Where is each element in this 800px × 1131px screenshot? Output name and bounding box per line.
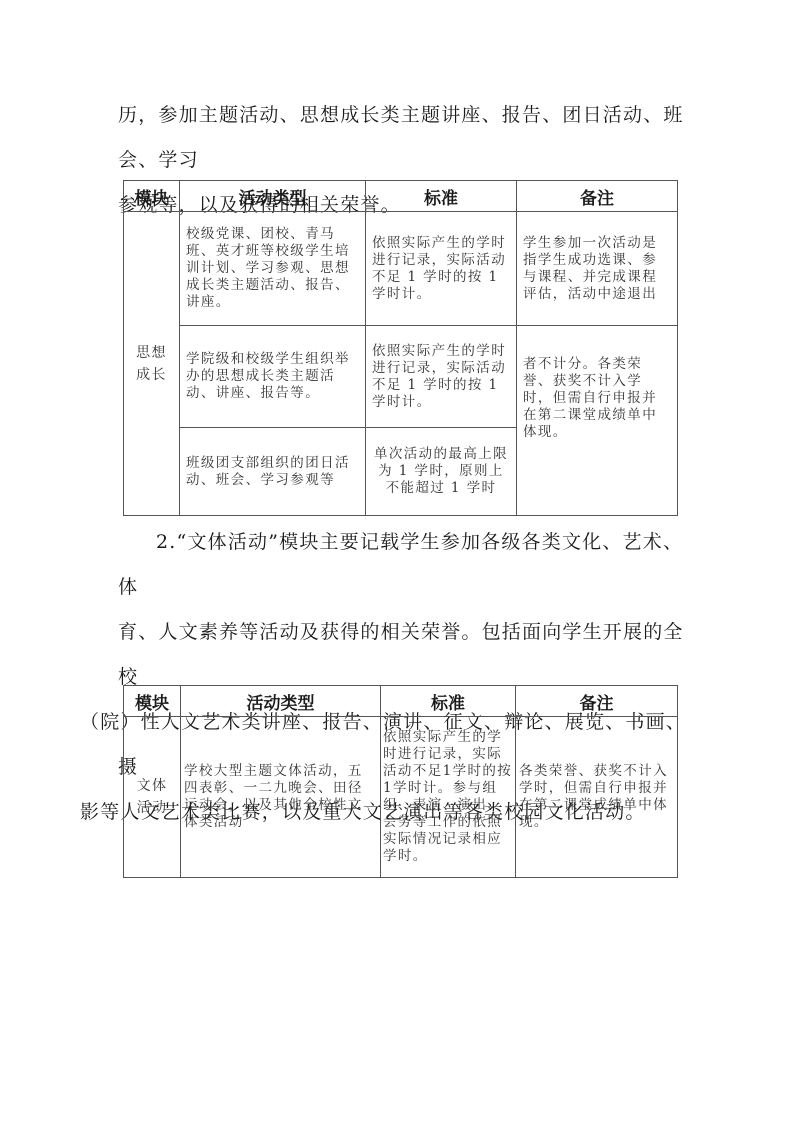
header-activity-type: 活动类型 <box>180 181 366 212</box>
module-label: 文体活动 <box>137 778 168 816</box>
standard-cell: 单次活动的最高上限为 1 学时，原则上不能超过 1 学时 <box>366 428 517 516</box>
header-standard: 标准 <box>366 181 517 212</box>
module-cell: 思想成长 <box>124 212 180 516</box>
standard-cell: 依照实际产生的学时进行记录，实际活动不足 1 学时的按 1 学时计。 <box>366 326 517 428</box>
table-row: 学院级和校级学生组织举办的思想成长类主题活动、讲座、报告等。 依照实际产生的学时… <box>124 326 678 428</box>
standard-cell: 依照实际产生的学时进行记录，实际活动不足 1 学时的按 1 学时计。 <box>366 212 517 326</box>
table-thought-growth: 模块 活动类型 标准 备注 思想成长 校级党课、团校、青马班、英才班等校级学生培… <box>123 180 678 516</box>
section2-line-2: 育、人文素养等活动及获得的相关荣誉。包括面向学生开展的全校 <box>118 621 684 688</box>
table-header-row: 模块 活动类型 标准 备注 <box>124 181 678 212</box>
standard-cell: 依照实际产生的学时进行记录，实际活动不足1学时的按1学时计。参与组织、表演、演出… <box>381 717 516 878</box>
header-note: 备注 <box>517 181 678 212</box>
activity-type-text: 学校大型主题文体活动，五四表彰、一二九晚会、田径运动会，以及其他全校性文体类活动 <box>184 763 363 830</box>
header-activity-type: 活动类型 <box>181 686 381 717</box>
note-cell: 者不计分。各类荣誉、获奖不计入学时，但需自行申报并在第二课堂成绩单中体现。 <box>517 326 678 516</box>
header-module: 模块 <box>124 181 180 212</box>
table-header-row: 模块 活动类型 标准 备注 <box>124 686 678 717</box>
standard-text: 依照实际产生的学时进行记录，实际活动不足 1 学时的按 1 学时计。 <box>372 235 506 302</box>
table-arts-sports: 模块 活动类型 标准 备注 文体活动 学校大型主题文体活动，五四表彰、一二九晚会… <box>123 685 678 878</box>
activity-type-cell: 学校大型主题文体活动，五四表彰、一二九晚会、田径运动会，以及其他全校性文体类活动 <box>181 717 381 878</box>
intro-line-1: 历，参加主题活动、思想成长类主题讲座、报告、团日活动、班会、学习 <box>118 104 684 171</box>
header-standard: 标准 <box>381 686 516 717</box>
header-module: 模块 <box>124 686 181 717</box>
activity-type-cell: 学院级和校级学生组织举办的思想成长类主题活动、讲座、报告等。 <box>180 326 366 428</box>
activity-type-text: 学院级和校级学生组织举办的思想成长类主题活动、讲座、报告等。 <box>186 351 350 401</box>
section2-line-1: 2.“文体活动”模块主要记载学生参加各级各类文化、艺术、体 <box>118 531 683 598</box>
note-text: 者不计分。各类荣誉、获奖不计入学时，但需自行申报并在第二课堂成绩单中体现。 <box>523 356 657 440</box>
module-cell: 文体活动 <box>124 717 181 878</box>
activity-type-cell: 校级党课、团校、青马班、英才班等校级学生培训计划、学习参观、思想成长类主题活动、… <box>180 212 366 326</box>
module-label: 思想成长 <box>136 345 167 383</box>
table-row: 思想成长 校级党课、团校、青马班、英才班等校级学生培训计划、学习参观、思想成长类… <box>124 212 678 326</box>
activity-type-cell: 班级团支部组织的团日活动、班会、学习参观等 <box>180 428 366 516</box>
header-note: 备注 <box>516 686 678 717</box>
activity-type-text: 校级党课、团校、青马班、英才班等校级学生培训计划、学习参观、思想成长类主题活动、… <box>186 226 350 310</box>
note-cell: 各类荣誉、获奖不计入学时，但需自行申报并在第二课堂成绩单中体现。 <box>516 717 678 878</box>
note-cell: 学生参加一次活动是指学生成功选课、参与课程、并完成课程评估，活动中途退出 <box>517 212 678 326</box>
note-text: 各类荣誉、获奖不计入学时，但需自行申报并在第二课堂成绩单中体现。 <box>519 763 668 830</box>
standard-text: 依照实际产生的学时进行记录，实际活动不足 1 学时的按 1 学时计。 <box>372 343 506 410</box>
standard-text: 依照实际产生的学时进行记录，实际活动不足1学时的按1学时计。参与组织、表演、演出… <box>383 729 512 864</box>
note-text: 学生参加一次活动是指学生成功选课、参与课程、并完成课程评估，活动中途退出 <box>523 235 657 302</box>
activity-type-text: 班级团支部组织的团日活动、班会、学习参观等 <box>186 455 350 488</box>
table-row: 文体活动 学校大型主题文体活动，五四表彰、一二九晚会、田径运动会，以及其他全校性… <box>124 717 678 878</box>
standard-text: 单次活动的最高上限为 1 学时，原则上不能超过 1 学时 <box>374 446 508 496</box>
